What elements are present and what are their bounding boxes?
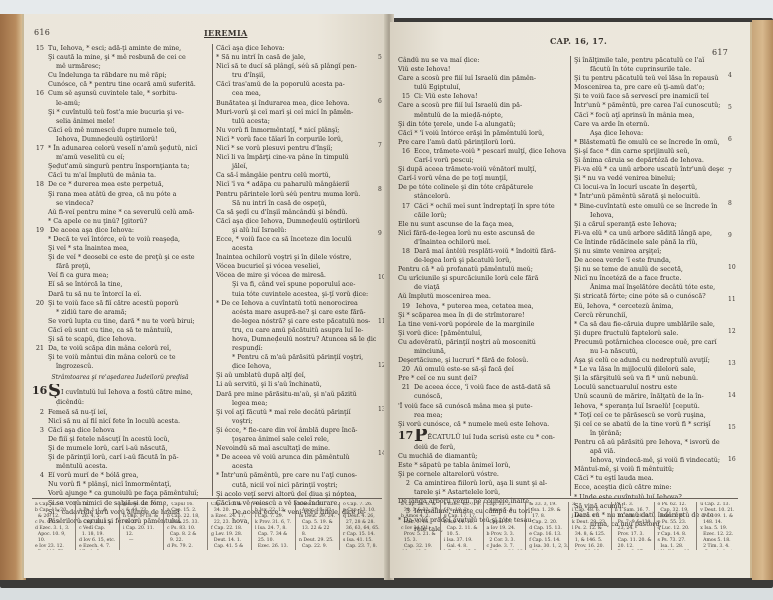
verse-text: Iehova, [590, 211, 614, 219]
verse-line: Aŭ fi-veĭ pentru mine * ca severulŭ celŭ… [32, 208, 208, 217]
verse-text: Iehova, * speranţa luĭ Israelŭ! [ceputŭ. [574, 402, 700, 410]
verse-number: 20 [398, 365, 410, 374]
verse-line: Şeḍut'amŭ singurŭ pentru înspornţianta t… [32, 162, 208, 171]
verse-line: Pentru părintele lorŭ séŭ pentru muma lo… [216, 190, 376, 199]
verse-line: Şi din tóte ţerele, unde î-a alungatŭ; [398, 120, 566, 129]
verse-text: Precumŭ potârnichea clocesce ouĕ, pre ca… [574, 338, 717, 346]
verse-text: Căcĭ aşa ḍice Iehova, Dumneḍeulŭ oştiril… [216, 217, 360, 225]
margin-verse-number: 14 [728, 392, 736, 399]
verse-line: tulŭ Egiptuluĭ, [398, 83, 566, 92]
verse-number: 2 [398, 479, 410, 488]
verse-line: m'amŭ veselitŭ cu eĭ; [32, 153, 208, 162]
verse-text: De pe tóte colinele şi din tóte crăpătur… [398, 183, 533, 191]
verse-text: Ce întinde rădăcinele sale până la rîŭ, [574, 238, 698, 246]
verse-line: Deşertăciune, şi lucrurĭ * fără de folos… [398, 356, 566, 365]
verse-text: tarele şi * Astartelele lorŭ, [414, 488, 500, 496]
verse-text: Mântuĭ-mê, şi voiŭ fi mêntuitŭ; [574, 465, 674, 473]
verse-line: de-legea lorŭ şi păcatulŭ lorŭ, [398, 256, 566, 265]
drop-cap: P [414, 429, 428, 443]
verse-line: Ânima maĭ înşelătóre decâtŭ tóte este, [574, 283, 724, 292]
verse-line: Veĭ fi ca gura mea; [32, 271, 208, 280]
verse-line: Vócea bucurieĭ şi vócea veselieĭ, [216, 262, 376, 271]
verse-text: Căcĭ * focŭ aţĭ aprinsŭ în mânia mea, [574, 111, 694, 119]
verse-number: 17 [32, 144, 44, 153]
verse-line: Căcĭ aşa ḍice Iehova, Dumneḍeulŭ oştiril… [216, 217, 376, 226]
verse-line: legea mea; [216, 399, 376, 408]
verse-line: Aşa şi celŭ ce adună cu nedreptulŭ avuţi… [574, 356, 724, 365]
verse-line: cea mea, [216, 89, 376, 98]
verse-line: Care a scosŭ pre fiiĭ luĭ Israelŭ din pă… [398, 101, 566, 110]
cross-reference-column: 111. a Ps. 1. 1. & 26. 4, 5. b Cap. 30. … [76, 502, 120, 550]
verse-text: Se vorŭ lupta cu tine, dară * nu te vorŭ… [48, 317, 195, 325]
verse-line: Să nu intrĭ în casă de ospeţŭ, [216, 199, 376, 208]
verse-line: * Toţĭ ceĭ ce te părăsescŭ se vorŭ ruşin… [574, 411, 724, 420]
cross-reference-column: 3. i Cap. 48. 6. j Iov 20. 17. k Deut. 2… [569, 502, 612, 550]
verse-text: m'amŭ veselitŭ cu eĭ; [56, 153, 125, 161]
verse-line: 15Ci: Viŭ este Iehova! [398, 92, 566, 101]
verse-line: Vócea de mire şi vócea de miresă. [216, 271, 376, 280]
verse-line: Şi tu pentru păcatulŭ teŭ veĭ lăsa în re… [574, 74, 724, 83]
margin-verse-number: 15 [728, 424, 736, 431]
cross-reference-column: o Ps. 62. 12. Cap. 32. 19. Rom. 2. 6. p … [655, 502, 698, 550]
verse-line: Eĭ să se întórcă la tine, [32, 280, 208, 289]
verse-text: Da, te voiŭ scăpa din mâna celorŭ reĭ, [48, 344, 171, 352]
verse-text: Vócea de mire şi vócea de miresă. [216, 271, 326, 279]
verse-text: Şi aŭ umblatŭ după alţĭ ḍeĭ, [216, 371, 306, 379]
verse-text: Nu vorŭ fi înmormêntaţĭ, * nicĭ plânşĭ; [216, 126, 339, 134]
verse-text: voştri; [232, 417, 253, 425]
verse-line: 16ŞI cuvîntulŭ luĭ Iehova a fostŭ către … [32, 384, 208, 398]
verse-text: Şi dupre fructulŭ faptelorŭ sale. [574, 329, 678, 337]
verse-text: mêntulŭ de la mieḍă-nópte, [414, 111, 503, 119]
verse-line: Şi rana mea atâtŭ de grea, că nu póte a [32, 190, 208, 199]
verse-line: Şi * scăparea mea în ḍi de strîmtorare! [398, 311, 566, 320]
verse-line: tuia tóte cuvintele acestea, şi-ţĭ vorŭ … [216, 290, 376, 299]
verse-line: Nevoindŭ să maĭ ascultaţĭ de mine. [216, 444, 376, 453]
verse-text: * În adunarea celorŭ veselĭ n'amŭ şeḍutŭ… [48, 144, 197, 152]
verse-text: Şi la sfârşitulŭ seŭ va fi * unŭ nebunŭ. [574, 374, 698, 382]
verse-text: Bunătatea şi îndurarea mea, ḍice Iehova. [216, 99, 350, 107]
verse-line: Muri-vorŭ şi ceĭ marĭ şi ceĭ micĭ în păm… [216, 108, 376, 117]
verse-line: Aŭ împlutŭ moscenirea mea. [398, 292, 566, 301]
verse-text: Cu muchiă de diamantŭ; [398, 452, 477, 460]
verse-line: voştri; [216, 417, 376, 426]
verse-text: Şi rana mea atâtŭ de grea, că nu póte a [48, 190, 176, 198]
verse-text: de-legea lorŭ şi păcatulŭ lorŭ, [414, 256, 511, 264]
verse-line: nu l-a născutŭ, [574, 347, 724, 356]
verse-text: Pre care l'amŭ datŭ părinţilorŭ lorŭ. [398, 138, 516, 146]
footnote-rule [398, 498, 738, 499]
verse-text: Muri-vorŭ şi ceĭ marĭ şi ceĭ micĭ în păm… [216, 108, 353, 116]
verse-text: * Decă te veĭ întórce, eŭ te voiŭ reaşeḍ… [48, 235, 180, 243]
verse-text: Eŭ, Iehova, * cercetezŭ ânima, [574, 302, 673, 310]
verse-line: Cercŭ rĕrunchiĭ, [574, 311, 724, 320]
verse-line: ḍice Iehova, [216, 362, 376, 371]
verse-text: * zidiŭ tare de aramă; [56, 308, 127, 316]
verse-number: 4 [32, 471, 44, 480]
verse-line: Căcĭ * tu eştĭ lauda mea. [574, 474, 724, 483]
verse-text: Şeḍut'amŭ singurŭ pentru înspornţianta t… [48, 162, 189, 170]
left-page-column-1: 15Tu, Iehova, * esci; adă-ţi aminte de m… [32, 44, 208, 526]
verse-line: De pe tóte colinele şi din tóte crăpătur… [398, 183, 566, 192]
verse-text: Aŭ împlutŭ moscenirea mea. [398, 292, 491, 300]
verse-line: Şi ceĭ ce se abatŭ de la tine vorŭ fi * … [574, 420, 724, 429]
verse-line: Şi nu simte venirea arşiţeĭ; [574, 247, 724, 256]
verse-line: Li aŭ servitŭ, şi li s'aŭ închinatŭ, [216, 380, 376, 389]
page-number-left: 616 [34, 28, 50, 37]
verse-text: De aceea verde 'ĭ este frunḍa, [574, 256, 671, 264]
verse-text: Căcĭ * 'ĭ voiŭ întórce erăşi în pămêntul… [398, 129, 544, 137]
verse-text: Cu adevĕratŭ, părinţiĭ noştri aŭ mosceni… [398, 338, 536, 346]
verse-line: * Să nu intrĭ în casă de jale, [216, 53, 376, 62]
verse-line: Cu muchiă de diamantŭ; [398, 452, 566, 461]
verse-line: 19 De aceea aşa ḍice Iehova: [32, 226, 208, 235]
verse-line: Şi * nu va vedé venirea binelui; [574, 174, 724, 183]
verse-line: * Într'unŭ pămêntŭ, pre care nu l'aţĭ cu… [216, 471, 376, 480]
verse-line: făcutŭ în tóte cuprinsurile tale. [574, 65, 724, 74]
verse-line: Şi de mumele lorŭ, carĭ i-aŭ născută, [32, 444, 208, 453]
verse-line: Ecce, * voiŭ face ca să înceteze din loc… [216, 235, 376, 244]
verse-line: * Pentru că m'aŭ părăsitŭ părinţiĭ voştr… [216, 353, 376, 362]
verse-line: Căcĭ tras'amŭ de la poporulŭ acesta pa- [216, 80, 376, 89]
verse-text: Nicĭ fără-de-legea lorŭ nu este ascunsă … [398, 229, 535, 237]
verse-text: Carĭ-ĭ vorŭ vêna de pe toţĭ munţiĭ, [398, 174, 508, 182]
verse-text: Şi nu se teme de anulŭ de secetă, [574, 265, 683, 273]
verse-text: de-legea nóstră? şi care este păcatulŭ n… [232, 317, 370, 325]
verse-line: Şi veĭ * sta înaintea mea, [32, 244, 208, 253]
verse-line: 20Şi te voiŭ face să fiĭ către acestŭ po… [32, 299, 208, 308]
margin-verse-number: 9 [378, 230, 382, 237]
verse-line: Şi ânima căruia se depărtéză de Iehova. [574, 156, 724, 165]
verse-text: apă viă. [590, 447, 615, 455]
verse-text: Veĭ fi ca gura mea; [48, 271, 109, 279]
verse-text: Şi de mumele lorŭ, carĭ i-aŭ născută, [48, 444, 167, 452]
verse-line: le-amŭ; [32, 99, 208, 108]
verse-text: I cuvîntulŭ luĭ Iehova a fostŭ către min… [61, 388, 193, 396]
verse-text: * De ce Iehova a cuvîntatŭ totŭ nenoroci… [216, 299, 358, 307]
verse-line: Dară pre mine părăsitu-m'aŭ, şi n'aŭ păz… [216, 390, 376, 399]
margin-verse-number: 16 [728, 456, 736, 463]
verse-line: * Le va lăsa în mijloculŭ ḍilelorŭ sale, [574, 365, 724, 374]
verse-text: Şi te voiŭ face să fiĭ către acestŭ popo… [48, 299, 179, 307]
cross-reference-column: Capul 16. a Cap. 15. 2. b Cap. 22. 18, 1… [164, 502, 208, 550]
verse-line: 'Ĭ voiŭ face să cunóscă mâna mea şi pute… [398, 402, 566, 411]
verse-text: Cu urîciunile şi spurcăciunile lorŭ cele… [398, 274, 538, 282]
verse-line: 21Da, te voiŭ scăpa din mâna celorŭ reĭ, [32, 344, 208, 353]
verse-text: îngrozescŭ. [56, 362, 93, 370]
verse-line: Şi vorŭ cunósce, că * numele meŭ este Ie… [398, 420, 566, 429]
verse-text: Nicĭ * vorŭ face tăĭarĭ în corpurile lor… [216, 135, 343, 143]
verse-line: Nicĭ * vorŭ face tăĭarĭ în corpurile lor… [216, 135, 376, 144]
verse-text: Căcĭ eŭ sunt cu tine, ca să te mântuiŭ, [48, 326, 172, 334]
margin-verse-number: 10 [728, 264, 736, 271]
verse-text: stâncelorŭ. [414, 192, 450, 200]
verse-line: 21De aceea écce, 'ĭ voiŭ face de astă-da… [398, 383, 566, 392]
verse-line: Căcĭ eŭ mê numescŭ dupre numele teŭ, [32, 126, 208, 135]
verse-line: Moscenirea ta, pre care eŭ ţi-amŭ dat'o; [574, 83, 724, 92]
verse-line: Căcĭ tu m'aĭ împlutŭ de mânia ta. [32, 171, 208, 180]
verse-text: Şi caută la mine, şi * mê resbună de cei… [48, 53, 186, 61]
verse-text: Căcĭ aşa ḍice Iehova: [216, 44, 285, 52]
verse-line: 4Eĭ vorŭ murĭ de * bólă grea, [32, 471, 208, 480]
book-cover-right-edge [752, 20, 773, 580]
margin-verse-number: 6 [378, 98, 382, 105]
verse-line: Cândŭ nu se va maĭ ḍice: [398, 56, 566, 65]
verse-text: * Unde este cuvîntulŭ luĭ Iehova? [574, 493, 682, 501]
verse-text: Este * săpatŭ pe tabla ânimeĭ lorŭ, [398, 461, 511, 469]
margin-verse-number: 7 [378, 142, 382, 149]
verse-text: se vindeca? [56, 199, 94, 207]
verse-text: Loculŭ sanctuaruluĭ nostru este [574, 383, 677, 391]
verse-line: respunḍĭ: [216, 344, 376, 353]
verse-text: în ţĕrână; [590, 429, 622, 437]
verse-text: tulŭ Egiptuluĭ, [414, 83, 461, 91]
cross-reference-column: e Ezec. 43. 7. 9. f Ps. 18. 2. g Cap. 17… [441, 502, 484, 550]
verse-line: Unŭ scaunŭ de mărire, înălţatŭ de la în- [574, 392, 724, 401]
verse-line: * Decă te veĭ întórce, eŭ te voiŭ reaşeḍ… [32, 235, 208, 244]
verse-line: mêntulŭ acesta. [32, 462, 208, 471]
verse-text: * Bine-cuvîntatŭ este omulŭ ce se încred… [574, 202, 717, 210]
verse-line: Şi după aceea trămete-voiŭ vênătorĭ mulţ… [398, 165, 566, 174]
verse-line: Ecce, aceştia ḍicŭ către mine: [574, 483, 724, 492]
verse-text: Care a scosŭ pre fiiĭ luĭ Israelŭ din pă… [398, 74, 536, 82]
verse-line: 18De ce * durerea mea este perpetuă, [32, 180, 208, 189]
verse-text: rea mea; [414, 411, 442, 419]
verse-line: 19 Iehova, * puterea mea, cetatea mea, [398, 302, 566, 311]
verse-line: Carĭ-ĭ vorŭ pescui; [398, 156, 566, 165]
verse-text: Pentru că * aŭ profanatŭ pămêntulŭ meŭ; [398, 265, 533, 273]
verse-line: 16Cum sĕ aşunsŭ cuvintele tale, * sorbit… [32, 89, 208, 98]
verse-line: acésta mare asupră-ne? şi care este fără… [216, 308, 376, 317]
verse-number: 16 [398, 147, 410, 156]
verse-text: mêntulŭ acesta. [56, 462, 108, 470]
verse-text: De aceea aşa ḍice Iehova: [48, 226, 134, 234]
verse-text: Căcĭ tras'amŭ de la poporulŭ acesta pa- [216, 80, 345, 88]
verse-line: Ce întinde rădăcinele sale până la rîŭ, [574, 238, 724, 247]
verse-text: de viaţă [414, 283, 440, 291]
verse-line: Cu îndelunga ta răbdare nu mê răpi; [32, 71, 208, 80]
verse-line: jăleĭ, [216, 162, 376, 171]
verse-number: 3 [32, 426, 44, 435]
verse-text: Şi după aceea trămete-voiŭ vênătorĭ mulţ… [398, 165, 537, 173]
chapter-number: 17 [398, 429, 410, 443]
verse-text: Ecce, aceştia ḍicŭ către mine: [574, 483, 671, 491]
verse-text: ĔCATULŬ luĭ Iuda scrisŭ este cu * con- [428, 433, 555, 441]
verse-number: 16 [32, 89, 44, 98]
verse-text: Şi * cuvîntulŭ teŭ fost'a mie bucuria şi… [48, 108, 184, 116]
verse-text: Unŭ scaunŭ de mărire, înălţatŭ de la în- [574, 392, 704, 400]
verse-line: Şi aŭ umblatŭ după alţĭ ḍeĭ, [216, 371, 376, 380]
verse-number: 17 [398, 202, 410, 211]
cross-reference-column: Osea 2. 11. Apoc. 18. 23. m Deut. 29. 24… [296, 502, 340, 550]
verse-text: Şi vorŭ ḍice: [pămêntuluĭ, [398, 329, 482, 337]
verse-text: * Ca apele ce nu ţinŭ? [gitorŭ? [48, 217, 147, 225]
verse-text: Dară pre mine părăsitu-m'aŭ, şi n'aŭ păz… [216, 390, 357, 398]
verse-line: 15Tu, Iehova, * esci; adă-ţi aminte de m… [32, 44, 208, 53]
verse-text: Şi nu simte venirea arşiţeĭ; [574, 247, 661, 255]
verse-line: mêntulŭ de la mieḍă-nópte, [398, 111, 566, 120]
verse-text: Dară maĭ ântêiŭ resplăti-voiŭ * îndoitŭ … [414, 247, 556, 255]
verse-line: La tine veni-vorŭ popórele de la margini… [398, 320, 566, 329]
cross-reference-column: & 33. 3, 19. Isa. 1. 29. & 17. 8. Cap. 2… [526, 502, 569, 550]
verse-text: Şi te voiŭ mântui din mâna celorŭ ce te [48, 353, 176, 361]
verse-text: cută, niciĭ voĭ nicĭ părinţiĭ voştri; [232, 481, 338, 489]
verse-text: 'Ĭ voiŭ face să cunóscă mâna mea şi pute… [398, 402, 533, 410]
verse-line: Ci locui-va în locurĭ uscate în deşertŭ, [574, 183, 724, 192]
verse-text: mê urmăresc; [56, 62, 101, 70]
margin-verse-number: 5 [378, 54, 382, 61]
verse-line: Nicĭ să te ducĭ să plângĭ, séŭ să plângĭ… [216, 62, 376, 71]
left-page-column-2: Căcĭ aşa ḍice Iehova:* Să nu intrĭ în ca… [216, 44, 376, 526]
verse-text: Eĭ să se întórcă la tine, [48, 280, 122, 288]
margin-verse-number: 11 [728, 296, 736, 303]
verse-text: tulŭ acesta; [232, 117, 270, 125]
verse-line: Pentru că * aŭ profanatŭ pămêntulŭ meŭ; [398, 265, 566, 274]
verse-line: Nu vorŭ fi înmormêntaţĭ, * nicĭ plânşĭ; [216, 126, 376, 135]
verse-text: Şi vorŭ cunósce, că * numele meŭ este Ie… [398, 420, 549, 428]
verse-line: Şi écce, * fie-care din voĭ âmblă dupre … [216, 426, 376, 435]
verse-number: 19 [32, 226, 44, 235]
verse-text: Ecce, * voiŭ face ca să înceteze din loc… [216, 235, 352, 243]
verse-text: Să nu intrĭ în casă de ospeţŭ, [232, 199, 327, 207]
verse-line: stâncelorŭ. [398, 192, 566, 201]
verse-text: Cum sĕ aşunsŭ cuvintele tale, * sorbitu- [48, 89, 177, 97]
verse-text: Iehova, Dumneḍeulŭ oştirilorŭ! [56, 135, 158, 143]
verse-line: apă viă. [574, 447, 724, 456]
verse-line: 20Aŭ omulŭ este-se să-şĭ facă ḍeĭ [398, 365, 566, 374]
verse-line: se vindeca? [32, 199, 208, 208]
verse-line: Nicĭ 'ĭ va * adăpa cu paharulŭ mângâieri… [216, 180, 376, 189]
verse-text: fără preţŭ, [56, 262, 91, 270]
verse-line: 18Dară maĭ ântêiŭ resplăti-voiŭ * îndoit… [398, 247, 566, 256]
verse-line: cunóscă, [398, 392, 566, 401]
verse-line: Nu vorŭ fi * plânşĭ, nicĭ înmormêntaţĭ, [32, 480, 208, 489]
verse-text: Moscenirea ta, pre care eŭ ţi-amŭ dat'o; [574, 83, 704, 91]
verse-text: hova, Dumneḍeulŭ nostru? Atuncea să le ḍ… [232, 335, 376, 343]
verse-text: Şi acolo veţĭ servi altorŭ ḍeĭ ḍiua şi n… [216, 490, 357, 498]
verse-line: tulŭ acesta; [216, 117, 376, 126]
verse-text: * Le va lăsa în mijloculŭ ḍilelorŭ sale, [574, 365, 696, 373]
margin-verse-number: 12 [728, 328, 736, 335]
verse-line: 3Căcĭ aşa ḍice Iehova [32, 426, 208, 435]
verse-text: respunḍĭ: [232, 344, 263, 352]
verse-text: Şi ceĭ ce se abatŭ de la tine vorŭ fi * … [574, 420, 711, 428]
verse-line: Pre * ceĭ ce nu sunt ḍeĭ? [398, 374, 566, 383]
verse-line: hova, Dumneḍeulŭ nostru? Atuncea să le ḍ… [216, 335, 376, 344]
verse-line: Eŭ, Iehova, * cercetezŭ ânima, [574, 302, 724, 311]
verse-text: acesta [232, 462, 253, 470]
verse-text: Cu îndelunga ta răbdare nu mê răpi; [48, 71, 167, 79]
verse-text: Ecce, trămete-voiŭ * pescarĭ mulţĭ, ḍice… [414, 147, 566, 155]
verse-text: * De aceea vĕ voiŭ arunca din pămêntulŭ [216, 453, 350, 461]
verse-text: le-amŭ; [56, 99, 80, 107]
verse-number: 20 [32, 299, 44, 308]
verse-line: Fi-va elŭ * ca unŭ arbore uscatŭ într'un… [574, 165, 724, 174]
verse-number: 18 [32, 180, 44, 189]
verse-line: Căcĭ aşa ḍice Iehova: [216, 44, 376, 53]
verse-text: cea mea, [232, 89, 261, 97]
verse-line: tarele şi * Astartelele lorŭ, [398, 488, 566, 497]
verse-text: selia ânimei mele! [56, 117, 115, 125]
left-page: 616 IEREMIA 15Tu, Iehova, * esci; adă-ţi… [22, 14, 390, 578]
cross-reference-column: o Cap. 7. 26. p Cap. 13. 10. q Deut. 4. … [340, 502, 384, 550]
verse-line: * Ca să dau fie-căruia dupre umblările s… [574, 320, 724, 329]
cross-reference-column: Ps. 1. 3. n 1 Sam. 16. 7. 1 Cron. 28. 9.… [612, 502, 655, 550]
verse-line: Viŭ este Iehova! [398, 65, 566, 74]
verse-line: Cunósce, că * pentru tine ocară amŭ sufe… [32, 80, 208, 89]
verse-line: Şi-şĭ face * din carne sprijinulŭ seŭ, [574, 147, 724, 156]
verse-text: Şi de părinţiĭ lorŭ, carĭ i-aŭ făcută în… [48, 453, 179, 461]
verse-text: Nu vorŭ fi * plânşĭ, nicĭ înmormêntaţĭ, [48, 480, 171, 488]
verse-line: Care a scosŭ pre fiiĭ luĭ Israelŭ din pă… [398, 74, 566, 83]
verse-line: Iehova, vindecă-mê, şi voiŭ fi vindecatŭ… [574, 456, 724, 465]
verse-text: Carĭ-ĭ vorŭ pescui; [414, 156, 474, 164]
verse-text: Aŭ fi-veĭ pentru mine * ca severulŭ celŭ… [48, 208, 194, 216]
verse-line: 2Femeă să nu-ţĭ ieĭ, [32, 408, 208, 417]
verse-line: * De ce Iehova a cuvîntatŭ totŭ nenoroci… [216, 299, 376, 308]
verse-line: de viaţă [398, 283, 566, 292]
verse-line: în ţĕrână; [574, 429, 724, 438]
verse-line: Şi înălţimile tale, pentru păcatulŭ ce l… [574, 56, 724, 65]
verse-line: Nicĭ fără-de-legea lorŭ nu este ascunsă … [398, 229, 566, 238]
verse-text: * Pentru că m'aŭ părăsitŭ părinţiĭ voştr… [232, 353, 363, 361]
column-divider [570, 56, 571, 496]
verse-line: Nicĭ * se vorŭ plesuvi pentru d'înşiĭ; [216, 144, 376, 153]
verse-text: Ci: Viŭ este Iehova! [414, 92, 478, 100]
verse-text: Vorŭ ajunge * ca gunoiulŭ pe faça pămênt… [48, 489, 199, 497]
verse-line: Şi nu se teme de anulŭ de secetă, [574, 265, 724, 274]
verse-text: Căcĭ aşa ḍice Iehova [48, 426, 115, 434]
verse-text: Tu, Iehova, * esci; adă-ţi aminte de min… [48, 44, 181, 52]
left-cross-references: a Cap. 12. 3. b Cap. 11. 20. & 20. 12. c… [32, 502, 384, 550]
verse-line: Precumŭ potârnichea clocesce ouĕ, pre ca… [574, 338, 724, 347]
verse-line: Şi * cuvîntulŭ teŭ fost'a mie bucuria şi… [32, 108, 208, 117]
verse-text: ḍicêndŭ: [56, 398, 84, 406]
verse-text: ţoşarea ânimeĭ sale celeĭ rele, [232, 435, 329, 443]
verse-text: Dară tu să nu te întorcĭ la eĭ. [48, 290, 141, 298]
verse-line: acesta [216, 462, 376, 471]
cross-reference-column: Cap. 7. 33. & 34. 20. a Ezec. 24. 17, 22… [208, 502, 252, 550]
running-head-left: IEREMIA [204, 28, 248, 38]
verse-text: acésta mare asupră-ne? şi care este fără… [232, 308, 366, 316]
verse-line: selia ânimei mele! [32, 117, 208, 126]
verse-text: Aşa ḍice Iehova: [590, 129, 643, 137]
verse-text: Căcĭ * tu eştĭ lauda mea. [574, 474, 654, 482]
verse-line: de-legea nóstră? şi care este păcatulŭ n… [216, 317, 376, 326]
verse-text: tru, cu care amŭ păcătuitŭ asupra luĭ Ie… [232, 326, 363, 334]
margin-verse-number: 9 [728, 232, 732, 239]
verse-text: Şi ânima căruia se depărtéză de Iehova. [574, 156, 704, 164]
verse-number: 15 [32, 44, 44, 53]
verse-text: şi alŭ luĭ Israelŭ: [232, 226, 286, 234]
verse-text: făcutŭ în tóte cuprinsurile tale. [590, 65, 691, 73]
footnote-rule [32, 498, 382, 499]
verse-number: 18 [398, 247, 410, 256]
verse-line: Iehova, * speranţa luĭ Israelŭ! [ceputŭ. [574, 402, 724, 411]
verse-text: Eĭ vorŭ murĭ de * bólă grea, [48, 471, 138, 479]
verse-line: ţoşarea ânimeĭ sale celeĭ rele, [216, 435, 376, 444]
verse-line: Şi stricată fórte; cine póte să o cunósc… [574, 292, 724, 301]
verse-line: fără preţŭ, [32, 262, 208, 271]
verse-text: Cunósce, că * pentru tine ocară amŭ sufe… [48, 80, 196, 88]
verse-text: Iehova, * puterea mea, cetatea mea, [414, 302, 534, 310]
verse-text: Într'unŭ * pămêntŭ, pre carea l'aĭ cunos… [574, 101, 720, 109]
verse-number: 15 [398, 92, 410, 101]
verse-number: 21 [32, 344, 44, 353]
cross-reference-column: u Cap. 2. 13. v Deut. 10. 21. Ps. 109. 1… [697, 502, 740, 550]
verse-text: Şi * scăparea mea în ḍi de strîmtorare! [398, 311, 525, 319]
verse-text: Care a scosŭ pre fiiĭ luĭ Israelŭ din pă… [398, 101, 522, 109]
